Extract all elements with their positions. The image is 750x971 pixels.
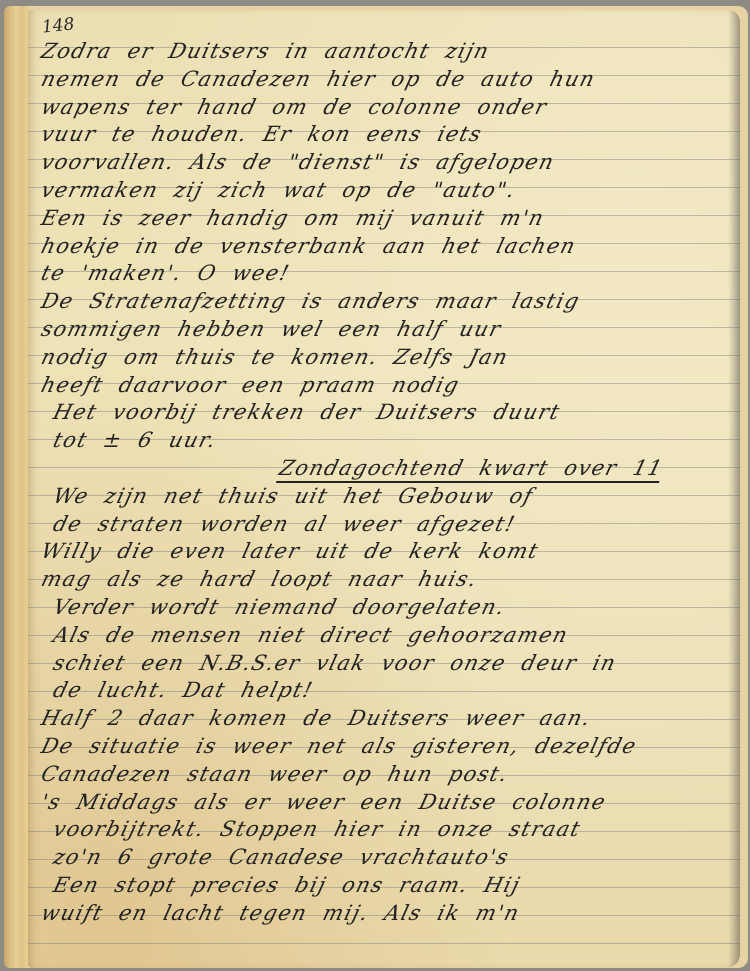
page-number: 148	[41, 14, 75, 37]
text-line: sommigen hebben wel een half uur	[38, 316, 735, 344]
text-line: Zodra er Duitsers in aantocht zijn	[38, 38, 735, 66]
text-line: hoekje in de vensterbank aan het lachen	[38, 233, 735, 261]
text-line: De Stratenafzetting is anders maar lasti…	[38, 288, 735, 316]
notebook-page: 148 Zodra er Duitsers in aantocht zijn n…	[28, 10, 740, 968]
text-line: Willy die even later uit de kerk komt	[38, 538, 735, 566]
text-line: nemen de Canadezen hier op de auto hun	[38, 66, 735, 94]
text-line: Een stopt precies bij ons raam. Hij	[38, 872, 735, 900]
text-line: vermaken zij zich wat op de "auto".	[38, 177, 735, 205]
scanned-notebook: 148 Zodra er Duitsers in aantocht zijn n…	[0, 0, 750, 971]
text-line: mag als ze hard loopt naar huis.	[38, 566, 735, 594]
text-line: De situatie is weer net als gisteren, de…	[38, 733, 735, 761]
text-line: te 'maken'. O wee!	[38, 260, 735, 288]
handwritten-text: Zodra er Duitsers in aantocht zijn nemen…	[38, 38, 728, 928]
text-line: zo'n 6 grote Canadese vrachtauto's	[38, 844, 735, 872]
text-line: Als de mensen niet direct gehoorzamen	[38, 622, 735, 650]
entry-heading: Zondagochtend kwart over 11	[38, 455, 735, 483]
text-line: Canadezen staan weer op hun post.	[38, 761, 735, 789]
text-line: de lucht. Dat helpt!	[38, 677, 735, 705]
text-line: voorbijtrekt. Stoppen hier in onze straa…	[38, 816, 735, 844]
text-line: de straten worden al weer afgezet!	[38, 511, 735, 539]
text-line: schiet een N.B.S.er vlak voor onze deur …	[38, 650, 735, 678]
text-line: vuur te houden. Er kon eens iets	[38, 121, 735, 149]
text-line: Het voorbij trekken der Duitsers duurt	[38, 399, 735, 427]
text-line: Half 2 daar komen de Duitsers weer aan.	[38, 705, 735, 733]
text-line: Een is zeer handig om mij vanuit m'n	[38, 205, 735, 233]
text-line: heeft daarvoor een praam nodig	[38, 372, 735, 400]
text-line: We zijn net thuis uit het Gebouw of	[38, 483, 735, 511]
text-line: wapens ter hand om de colonne onder	[38, 94, 735, 122]
text-line: voorvallen. Als de "dienst" is afgelopen	[38, 149, 735, 177]
text-line: wuift en lacht tegen mij. Als ik m'n	[38, 900, 735, 928]
text-line: 's Middags als er weer een Duitse colonn…	[38, 789, 735, 817]
text-line: Verder wordt niemand doorgelaten.	[38, 594, 735, 622]
page-stack-edges: 148 Zodra er Duitsers in aantocht zijn n…	[4, 6, 748, 968]
text-line: tot ± 6 uur.	[38, 427, 735, 455]
text-line: nodig om thuis te komen. Zelfs Jan	[38, 344, 735, 372]
entry-heading-text: Zondagochtend kwart over 11	[276, 456, 666, 483]
